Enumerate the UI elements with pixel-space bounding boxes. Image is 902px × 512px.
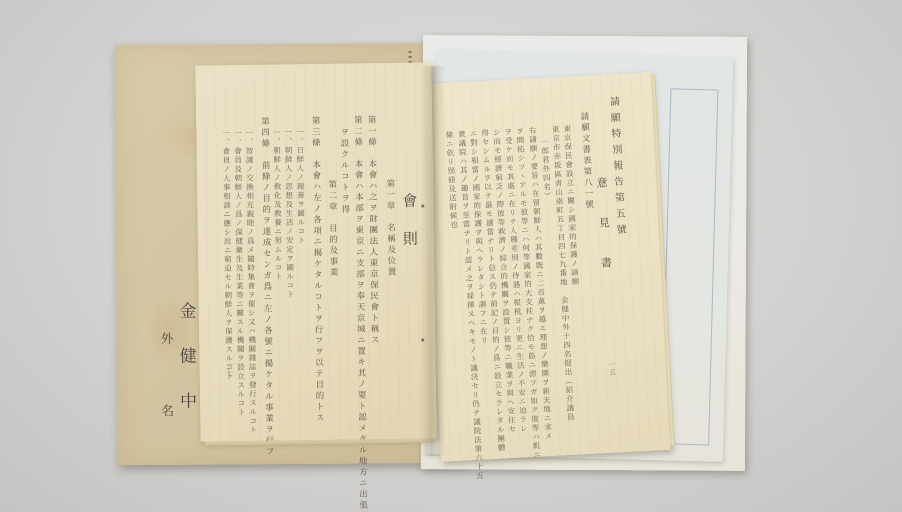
text-column: 一、會員ノ人事相談ニ應シ竝ニ窮迫セル朝鮮人ヲ保護スルコト	[221, 117, 234, 429]
photo-stage: 金健中 外 名 請願特別報告第五號意 見 書請願文書表第八一號東京保民會設立ニ關…	[0, 0, 902, 512]
text-column: 一、朝鮮人ノ思想及生活ノ安定ヲ圖ルコト	[283, 116, 296, 428]
text-column: 第二章 目的及事業	[325, 116, 339, 428]
page-number: 一七	[226, 361, 233, 377]
folder-handwritten-name-suffix: 外 名	[159, 332, 173, 440]
text-column: 一、會員及朝鮮人ノ爲ノ保健衛生及生業等ニ關スル機關ヲ設立スルコト	[232, 117, 245, 429]
text-column: 第二條 本會ハ本部ヲ東京ニ支部ヲ奉天京城ニ置キ其ノ要ト認メタル地方ニ出張所	[352, 115, 366, 427]
text-column: 第三條 本會ハ左ノ各項ニ揭ケタルコトヲ行フヲ以テ目的トス	[309, 116, 323, 428]
rules-page: 會 則第一章 名稱及位置第一條 本會ハ之ヲ財團法人東京保民會ト稱ス第二條 本會ハ…	[195, 62, 436, 441]
text-column: 會 則	[399, 115, 421, 427]
opinion-text-block: 請願特別報告第五號意 見 書請願文書表第八一號東京保民會設立ニ關シ國家的保護ノ請…	[440, 96, 635, 417]
page-number: 一五	[608, 361, 616, 377]
text-column: 第一章 名稱及位置	[383, 115, 397, 427]
folder-handwritten-name: 金健中	[176, 302, 194, 437]
text-column: 一、智識ノ交換相互親睦ノ爲メ隨時集會ヲ催シ又ハ機關雜誌ヲ發行スルコト	[244, 117, 257, 429]
binding-stitch	[421, 204, 424, 207]
opinion-page: 請願特別報告第五號意 見 書請願文書表第八一號東京保民會設立ニ關シ國家的保護ノ請…	[421, 72, 670, 462]
text-column: 一、日鮮人ノ親善ヲ圖ルコト	[295, 116, 308, 428]
text-column: 第四條 前條ノ目的ヲ達成センガ爲ニ左ノ各號ニ揭ケタル事業ヲ行フ	[259, 117, 273, 429]
binding-stitch	[421, 338, 424, 341]
text-column: 一、朝鮮人ノ敎化及敎養ニ努ムルコト	[271, 116, 284, 428]
rules-text-block: 會 則第一章 名稱及位置第一條 本會ハ之ヲ財團法人東京保民會ト稱ス第二條 本會ハ…	[218, 115, 421, 430]
text-column: ヲ設クルコトヲ得	[338, 116, 352, 428]
text-column: 第一條 本會ハ之ヲ財團法人東京保民會ト稱ス	[365, 115, 379, 427]
